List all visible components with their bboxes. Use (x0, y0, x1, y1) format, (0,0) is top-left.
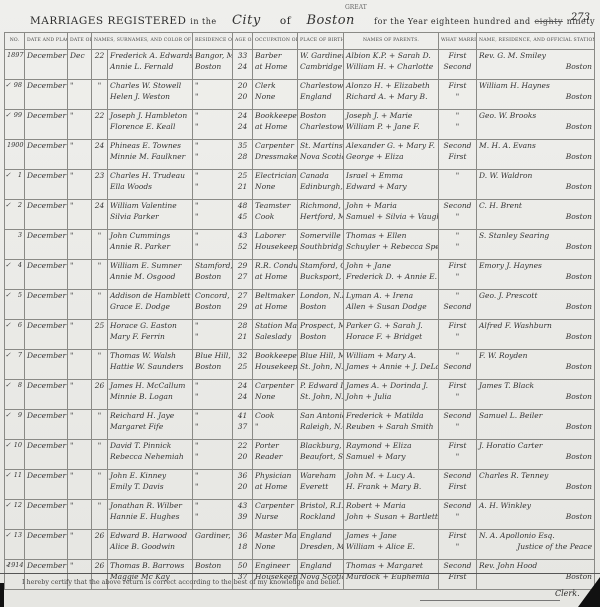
groom-residence: " (195, 200, 230, 211)
officiant-cell: Charles R. TenneyBoston (477, 470, 595, 500)
occupation-cell: Physicianat Home (253, 470, 298, 500)
marriage-register-table: No. Date and place of marriage. Date of … (4, 32, 595, 590)
bride-parents: John + Susan + Bartlett (346, 511, 436, 522)
bride-surname: Davis (143, 482, 164, 491)
bride-occupation: at Home (255, 121, 295, 132)
officiant-place: Boston (479, 511, 592, 522)
bride-surname: Hughes (150, 512, 179, 521)
bride-birthplace: Nova Scotia (300, 151, 341, 162)
bride-surname: Fife (148, 422, 163, 431)
col-header-officiant: Name, residence, and official station of… (477, 33, 595, 50)
record-date-cell: " (68, 440, 92, 470)
officiant-name: James T. Black (479, 380, 592, 391)
groom-age: 25 (235, 170, 250, 181)
bride-given-name: Annie L. (110, 62, 142, 71)
bride-given-name: Silvia (110, 212, 131, 221)
entry-number: 10 (14, 441, 22, 449)
marriage-month: December (27, 441, 66, 450)
bride-parents: John + Julia (346, 391, 436, 402)
bride-marriage-number: " (441, 421, 474, 432)
bride-birthplace: St. John, N.B. (300, 361, 341, 372)
check-mark: ✓ (5, 80, 11, 91)
bride-occupation: at Home (255, 61, 295, 72)
occupation-cell: PorterReader (253, 440, 298, 470)
marriage-number-cell: First" (439, 260, 477, 290)
bride-given-name: Hannie E. (110, 512, 148, 521)
page-number: 273 (571, 12, 590, 23)
groom-parents: James + Jane (346, 530, 436, 541)
groom-age: 43 (235, 230, 250, 241)
marriage-number-cell: SecondFirst (439, 140, 477, 170)
bride-surname: Osgood (147, 272, 176, 281)
occupation-cell: Master MarinerNone (253, 530, 298, 560)
marriage-number-cell: First" (439, 530, 477, 560)
marriage-date-cell: December 22 (25, 200, 68, 230)
groom-parents: Raymond + Eliza (346, 440, 436, 451)
bride-marriage-number: First (441, 151, 474, 162)
officiant-place: Boston (479, 241, 592, 252)
officiant-name: C. H. Brent (479, 200, 592, 211)
groom-surname: Hambleton (145, 111, 187, 120)
officiant-name: Rev. John Hood (479, 560, 592, 571)
groom-occupation: Porter (255, 440, 295, 451)
ages-cell: 2020 (233, 80, 253, 110)
table-row: ✓9December 24""Reichard H. JayeMargaret … (5, 410, 595, 440)
residence-cell: Blue Hill, MeBoston (193, 350, 233, 380)
bride-age: 52 (235, 241, 250, 252)
bride-parents: James + Annie + J. DeLaBeg (346, 361, 436, 372)
col-header-names: Names, surnames, and color of groom and … (92, 33, 193, 50)
entry-number-cell: ✓8 (5, 380, 25, 410)
ages-cell: 3225 (233, 350, 253, 380)
record-day: " (98, 81, 101, 90)
bride-given-name: Minnie B. (110, 392, 147, 401)
bride-birthplace: Charlestown (300, 121, 341, 132)
groom-residence: " (195, 230, 230, 241)
officiant-name: Emory J. Haynes (479, 260, 592, 271)
marriage-number-cell: Second" (439, 200, 477, 230)
bride-residence: " (195, 511, 230, 522)
groom-mother: Lucy A. (387, 471, 415, 480)
record-month: " (70, 111, 73, 120)
groom-occupation: Carpenter (255, 140, 295, 151)
bride-surname: Ferrin (141, 332, 165, 341)
officiant-place: Boston (479, 211, 592, 222)
groom-age: 28 (235, 320, 250, 331)
check-mark: ✓ (5, 410, 11, 421)
groom-occupation: Station Master (255, 320, 295, 331)
bride-residence: " (195, 91, 230, 102)
bride-mother: J. DeLaBeg (413, 362, 439, 371)
marriage-number-cell: "Second (439, 290, 477, 320)
officiant-place: Boston (479, 391, 592, 402)
groom-parents: Albion K.P. + Sarah D. (346, 50, 436, 61)
groom-father: Raymond (346, 441, 382, 450)
bride-occupation: " (255, 421, 295, 432)
occupation-cell: CarpenterNurse (253, 500, 298, 530)
bride-parents: Frederick D. + Annie E. (346, 271, 436, 282)
parents-cell: Thomas + EllenSchuyler + Rebecca Spencer (344, 230, 439, 260)
marriage-number-cell: " (439, 170, 477, 200)
groom-birthplace: Prospect, Me (300, 320, 341, 331)
check-mark: ✓ (5, 110, 11, 121)
groom-birthplace: Bristol, R.I. (300, 500, 341, 511)
bride-mother: Charlotte (397, 62, 433, 71)
names-cell: Frederick A. EdwardsAnnie L. Fernald (108, 50, 193, 80)
residence-cell: "" (193, 410, 233, 440)
bride-given-name: Emily T. (110, 482, 140, 491)
marriage-month: December (27, 231, 66, 240)
table-row: ✓4December 23""William E. SumnerAnnie M.… (5, 260, 595, 290)
names-cell: Thomas W. WalshHattie W. Saunders (108, 350, 193, 380)
col-header-age: Age of each in years. (233, 33, 253, 50)
groom-occupation: Bookkeeper (255, 350, 295, 361)
bride-residence: Boston (195, 361, 230, 372)
bride-line: Hattie W. Saunders (110, 361, 190, 372)
bride-line: Florence E. Keall (110, 121, 190, 132)
ages-cell: 4339 (233, 500, 253, 530)
bride-birthplace: Edinburgh, Me (300, 181, 341, 192)
entry-number-cell: ✓5 (5, 290, 25, 320)
record-date-cell: " (68, 530, 92, 560)
bride-surname: Weston (142, 92, 170, 101)
officiant-cell: William H. HaynesBoston (477, 80, 595, 110)
groom-marriage-number: " (441, 110, 474, 121)
occupation-cell: CarpenterNone (253, 380, 298, 410)
bride-parents: Richard A. + Mary B. (346, 91, 436, 102)
bride-surname: Faulkner (151, 152, 185, 161)
marriage-month: December (27, 111, 66, 120)
record-month: " (70, 321, 73, 330)
record-day: " (98, 261, 101, 270)
bride-age: 20 (235, 481, 250, 492)
record-day: " (98, 231, 101, 240)
groom-marriage-number: Second (441, 140, 474, 151)
bride-occupation: None (255, 541, 295, 552)
bride-occupation: Saleslady (255, 331, 295, 342)
birthplace-cell: CharlestownEngland (298, 80, 344, 110)
marriage-month: December (27, 291, 66, 300)
record-day-cell: 24 (92, 140, 108, 170)
occupation-cell: CarpenterDressmaker (253, 140, 298, 170)
bride-marriage-number: " (441, 541, 474, 552)
groom-given-name: Joseph J. (110, 111, 143, 120)
entry-number-cell: 3 (5, 230, 25, 260)
officiant-name: M. H. A. Evans (479, 140, 592, 151)
bride-parents: Reuben + Sarah Smith (346, 421, 436, 432)
occupation-cell: ElectricianNone (253, 170, 298, 200)
bride-mother: Eliza (385, 152, 404, 161)
names-cell: Charles H. TrudeauElla Woods (108, 170, 193, 200)
bride-residence: " (195, 481, 230, 492)
record-day-cell: 26 (92, 530, 108, 560)
bride-surname: Parker (145, 242, 170, 251)
birthplace-cell: Bristol, R.I.Rockland (298, 500, 344, 530)
groom-birthplace: San Antonio, Tex (300, 410, 341, 421)
marriage-number-cell: Second" (439, 500, 477, 530)
groom-surname: Barrows (152, 561, 184, 570)
officiant-name: S. Stanley Searing (479, 230, 592, 241)
ages-cell: 4137 (233, 410, 253, 440)
bride-marriage-number: First (441, 481, 474, 492)
bride-father: Frederick D. (346, 272, 394, 281)
parents-cell: Albion K.P. + Sarah D.William H. + Charl… (344, 50, 439, 80)
groom-age: 48 (235, 200, 250, 211)
bride-surname: Dodge (145, 302, 170, 311)
bride-given-name: Mary F. (110, 332, 139, 341)
entry-number-cell: ✓4 (5, 260, 25, 290)
groom-age: 32 (235, 350, 250, 361)
groom-occupation: Master Mariner (255, 530, 295, 541)
parents-cell: Thomas + MargaretMurdock + Euphemia (344, 560, 439, 590)
groom-mother: Emma (379, 171, 403, 180)
groom-marriage-number: Second (441, 500, 474, 511)
marriage-month: December (27, 321, 66, 330)
marriage-month: December (27, 51, 66, 60)
residence-cell: "" (193, 110, 233, 140)
occupation-cell: Cook" (253, 410, 298, 440)
bride-parents: William H. + Charlotte (346, 61, 436, 72)
marriage-month: December (27, 201, 66, 210)
ages-cell: 4845 (233, 200, 253, 230)
groom-father: Alexander G. (346, 141, 395, 150)
marriage-month: December (27, 81, 66, 90)
groom-parents: Parker G. + Sarah J. (346, 320, 436, 331)
officiant-cell: S. Stanley SearingBoston (477, 230, 595, 260)
groom-line: John E. Kinney (110, 470, 190, 481)
officiant-cell: Geo. W. BrooksBoston (477, 110, 595, 140)
bride-father: James + Annie (346, 362, 402, 371)
marriage-date-cell: December 24 (25, 290, 68, 320)
names-cell: James H. McCallumMinnie B. Logan (108, 380, 193, 410)
parents-cell: Alexander G. + Mary F.George + Eliza (344, 140, 439, 170)
bride-given-name: Margaret (110, 422, 146, 431)
groom-mother: Elizabeth (394, 81, 430, 90)
ages-cell: 2424 (233, 380, 253, 410)
bride-age: 28 (235, 151, 250, 162)
residence-cell: "" (193, 200, 233, 230)
bride-marriage-number: " (441, 241, 474, 252)
bride-occupation: Reader (255, 451, 295, 462)
residence-cell: Gardiner, Me (193, 530, 233, 560)
groom-marriage-number: Second (441, 200, 474, 211)
bride-birthplace: Dresden, Me (300, 541, 341, 552)
groom-surname: Kinney (140, 471, 166, 480)
ages-cell: 2220 (233, 440, 253, 470)
certification-text: I hereby certify that the above return i… (22, 578, 340, 586)
bride-given-name: Alice B. (110, 542, 139, 551)
birthplace-cell: P. Edward Isl.St. John, N.B. (298, 380, 344, 410)
groom-line: Phineas E. Townes (110, 140, 190, 151)
names-cell: Edward B. HarwoodAlice B. Goodwin (108, 530, 193, 560)
groom-age: 27 (235, 290, 250, 301)
bride-residence: " (195, 331, 230, 342)
groom-line: William E. Sumner (110, 260, 190, 271)
groom-parents: James A. + Dorinda J. (346, 380, 436, 391)
bride-father: John + Susan (346, 512, 397, 521)
table-row: ✓8December 24"26James H. McCallumMinnie … (5, 380, 595, 410)
bride-line: Minnie M. Faulkner (110, 151, 190, 162)
record-month: " (70, 171, 73, 180)
groom-father: Albion K.P. (346, 51, 387, 60)
bride-residence: " (195, 391, 230, 402)
table-row: ✓7December 24""Thomas W. WalshHattie W. … (5, 350, 595, 380)
check-mark: ✓ (5, 530, 11, 541)
bride-mother: Bartlett (408, 512, 437, 521)
record-day-cell: 25 (92, 320, 108, 350)
officiant-name: Samuel L. Beiler (479, 410, 592, 421)
groom-parents: Alonzo H. + Elizabeth (346, 80, 436, 91)
bride-age: 39 (235, 511, 250, 522)
groom-residence: Gardiner, Me (195, 530, 230, 541)
groom-father: Robert (346, 501, 372, 510)
officiant-place: Boston (479, 481, 592, 492)
record-day-cell: 23 (92, 170, 108, 200)
scan-edge (578, 577, 600, 607)
groom-line: Horace G. Easton (110, 320, 190, 331)
ages-cell: 3528 (233, 140, 253, 170)
marriage-date-cell: December 17 (25, 80, 68, 110)
groom-father: Israel (346, 171, 368, 180)
entry-number-cell: ✓99 (5, 110, 25, 140)
parents-cell: Raymond + ElizaSamuel + Mary (344, 440, 439, 470)
groom-marriage-number: First (441, 440, 474, 451)
groom-marriage-number: " (441, 290, 474, 301)
entry-number: 7 (18, 351, 22, 359)
groom-given-name: William E. (110, 261, 149, 270)
groom-surname: Wilber (157, 501, 182, 510)
marriage-number-cell: "" (439, 110, 477, 140)
bride-parents: William + Alice E. (346, 541, 436, 552)
record-day: 22 (95, 51, 105, 60)
officiant-cell: N. A. Apollonio Esq.Justice of the Peace (477, 530, 595, 560)
groom-surname: Walsh (153, 351, 176, 360)
table-row: ✓13December 20"26Edward B. HarwoodAlice … (5, 530, 595, 560)
occupation-cell: TeamsterCook (253, 200, 298, 230)
groom-residence: Boston (195, 560, 230, 571)
officiant-place: Boston (479, 181, 592, 192)
residence-cell: Stamford, CtBoston (193, 260, 233, 290)
groom-age: 50 (235, 560, 250, 571)
parents-cell: Parker G. + Sarah J.Horace F. + Bridget (344, 320, 439, 350)
check-mark: ✓ (5, 560, 11, 571)
entry-number-cell: ✓11 (5, 470, 25, 500)
officiant-cell: J. Horatio CarterBoston (477, 440, 595, 470)
names-cell: William ValentineSilvia Parker (108, 200, 193, 230)
groom-line: Edward B. Harwood (110, 530, 190, 541)
groom-father: Thomas (346, 561, 376, 570)
groom-age: 24 (235, 110, 250, 121)
groom-line: Addison de Hamblett (110, 290, 190, 301)
record-day: " (98, 441, 101, 450)
record-day-cell: " (92, 260, 108, 290)
marriage-number-cell: Second" (439, 410, 477, 440)
officiant-cell: Samuel L. BeilerBoston (477, 410, 595, 440)
bride-mother: Susan Dodge (377, 302, 427, 311)
col-header-birthplace: Place of birth of each. (298, 33, 344, 50)
bride-father: Edward (346, 182, 376, 191)
groom-age: 33 (235, 50, 250, 61)
groom-residence: Stamford, Ct (195, 260, 230, 271)
record-date-cell: " (68, 470, 92, 500)
marriage-date-cell: December 24 (25, 350, 68, 380)
groom-birthplace: England (300, 560, 341, 571)
officiant-name: Charles R. Tenney (479, 470, 592, 481)
officiant-name: J. Horatio Carter (479, 440, 592, 451)
entry-number: 9 (18, 411, 22, 419)
bride-residence: " (195, 181, 230, 192)
groom-father: Alonzo H. (346, 81, 383, 90)
marriage-number-cell: First" (439, 80, 477, 110)
parents-cell: Frederick + MatildaReuben + Sarah Smith (344, 410, 439, 440)
residence-cell: Bangor, MeBoston (193, 50, 233, 80)
entry-number-cell: ✓98 (5, 80, 25, 110)
bride-marriage-number: " (441, 211, 474, 222)
bride-occupation: None (255, 391, 295, 402)
groom-mother: Irena (393, 291, 413, 300)
groom-mother: Sarah J. (393, 321, 423, 330)
record-date-cell: Dec (68, 50, 92, 80)
entry-number: 5 (18, 291, 22, 299)
groom-line: William Valentine (110, 200, 190, 211)
record-day-cell: 24 (92, 200, 108, 230)
entry-number: 1897 (7, 51, 24, 59)
table-row: ✓10December 25""David T. PinnickRebecca … (5, 440, 595, 470)
check-mark: ✓ (5, 380, 11, 391)
bride-birthplace: St. John, N.B. (300, 391, 341, 402)
names-cell: Addison de HamblettGrace E. Dodge (108, 290, 193, 320)
bride-age: 37 (235, 421, 250, 432)
entry-number: 98 (14, 81, 22, 89)
title-in-the: in the (190, 17, 216, 26)
table-row: ✓2December 22"24William ValentineSilvia … (5, 200, 595, 230)
record-month: " (70, 351, 73, 360)
groom-surname: Easton (151, 321, 177, 330)
officiant-cell: M. H. A. EvansBoston (477, 140, 595, 170)
groom-occupation: Engineer (255, 560, 295, 571)
groom-father: James (346, 531, 369, 540)
bride-parents: Allen + Susan Dodge (346, 301, 436, 312)
bride-line: Grace E. Dodge (110, 301, 190, 312)
groom-given-name: Thomas B. (110, 561, 150, 570)
groom-birthplace: Blackburg, Va (300, 440, 341, 451)
groom-marriage-number: First (441, 260, 474, 271)
bride-parents: Samuel + Silvia + Vaughn (346, 211, 436, 222)
officiant-name: Geo. J. Prescott (479, 290, 592, 301)
table-row: ✓98December 17""Charles W. StowellHelen … (5, 80, 595, 110)
bride-marriage-number: " (441, 91, 474, 102)
residence-cell: Concord, N.H.Boston (193, 290, 233, 320)
groom-father: James A. (346, 381, 379, 390)
bride-mother: Sarah Smith (386, 422, 433, 431)
groom-given-name: Charles W. (110, 81, 150, 90)
bride-age: 45 (235, 211, 250, 222)
bride-surname: Nehemiah (145, 452, 184, 461)
entry-number: 3 (18, 231, 22, 239)
ages-cell: 2729 (233, 290, 253, 320)
bride-parents: Horace F. + Bridget (346, 331, 436, 342)
bride-surname: Parker (133, 212, 158, 221)
entry-number: 13 (14, 531, 22, 539)
record-date-cell: " (68, 80, 92, 110)
register-title: MARRIAGES REGISTERED in the City of Bost… (30, 13, 590, 29)
bride-given-name: Annie R. (110, 242, 142, 251)
officiant-cell: Emory J. HaynesBoston (477, 260, 595, 290)
record-date-cell: " (68, 380, 92, 410)
parents-cell: John + MariaSamuel + Silvia + Vaughn (344, 200, 439, 230)
bride-birthplace: Southbridge (300, 241, 341, 252)
groom-birthplace: P. Edward Isl. (300, 380, 341, 391)
